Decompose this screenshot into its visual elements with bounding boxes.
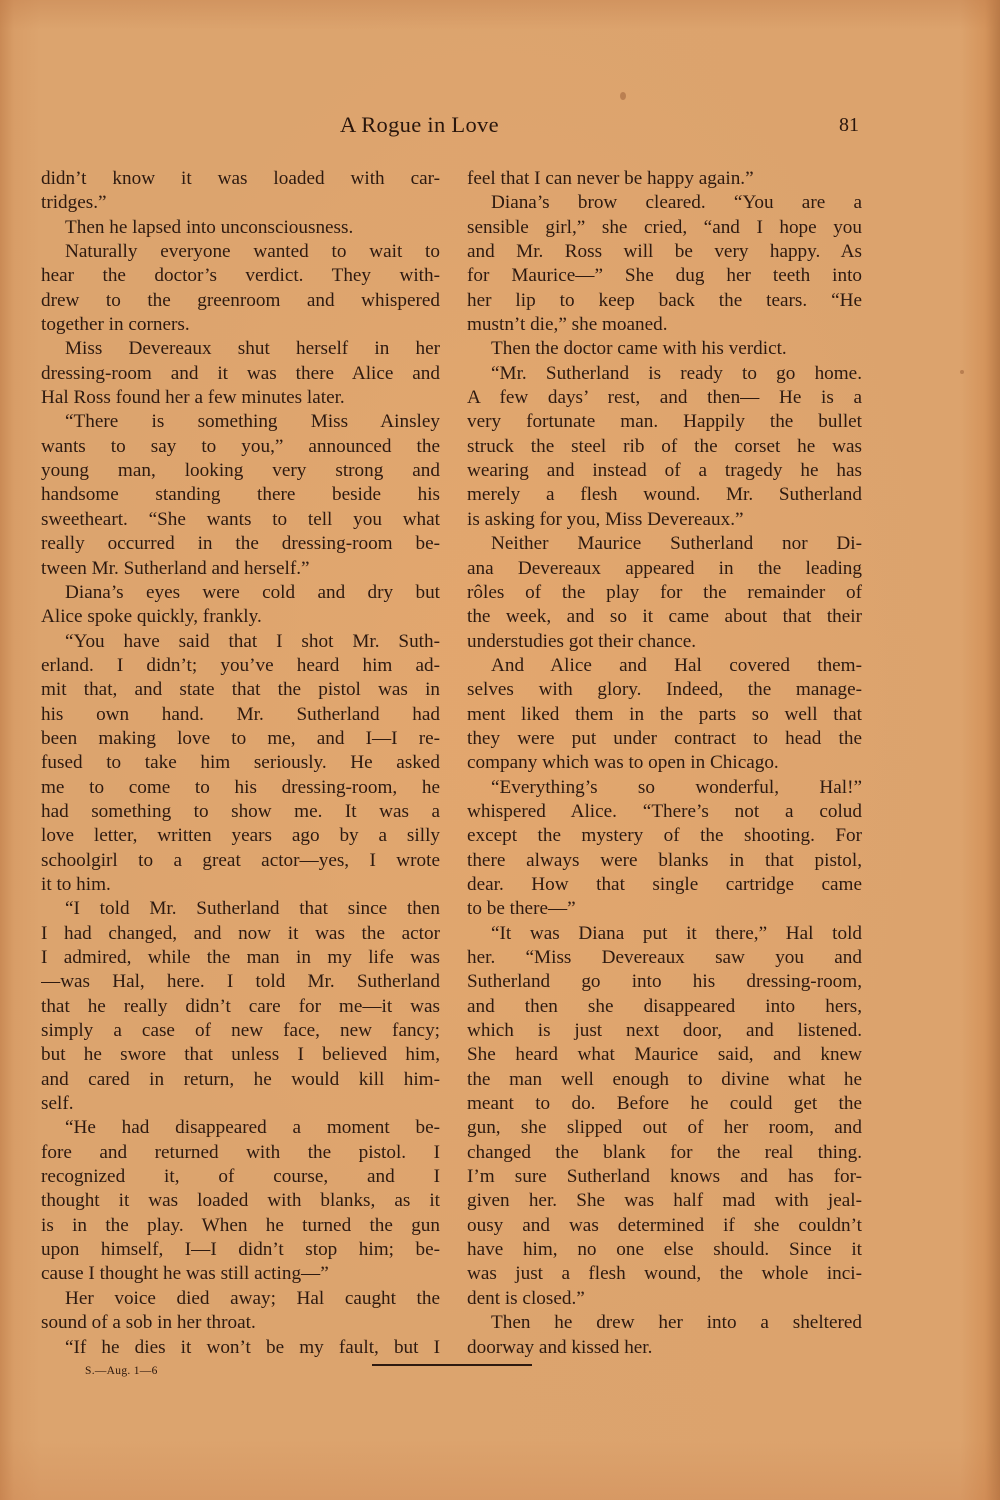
text-line: I had changed, and now it was the actor [41,922,440,946]
text-line: “If he dies it won’t be my fault, but I [41,1336,440,1360]
text-line: fused to take him seriously. He asked [41,751,440,775]
text-line: was just a flesh wound, the whole inci- [467,1262,862,1286]
end-of-story-rule [372,1364,532,1366]
text-line: drew to the greenroom and whispered [41,289,440,313]
right-text-column: feel that I can never be happy again.”Di… [467,167,862,1360]
text-line: which is just next door, and listened. [467,1019,862,1043]
text-line: I’m sure Sutherland knows and has for- [467,1165,862,1189]
text-line: hear the doctor’s verdict. They with- [41,264,440,288]
text-line: sweetheart. “She wants to tell you what [41,508,440,532]
book-page: A Rogue in Love 81 didn’t know it was lo… [0,0,1000,1500]
text-line: self. [41,1092,440,1116]
text-line: gun, she slipped out of her room, and [467,1116,862,1140]
text-line: Sutherland go into his dressing-room, [467,970,862,994]
text-line: there always were blanks in that pistol, [467,849,862,873]
text-line: meant to do. Before he could get the [467,1092,862,1116]
text-line: ment liked them in the parts so well tha… [467,703,862,727]
paper-blemish [960,370,964,374]
text-line: A few days’ rest, and then— He is a [467,386,862,410]
text-line: and then she disappeared into hers, [467,995,862,1019]
text-line: Then he drew her into a sheltered [467,1311,862,1335]
text-line: his own hand. Mr. Sutherland had [41,703,440,727]
text-line: ousy and was determined if she couldn’t [467,1214,862,1238]
text-line: her lip to keep back the tears. “He [467,289,862,313]
text-line: Diana’s brow cleared. “You are a [467,191,862,215]
text-line: mustn’t die,” she moaned. [467,313,862,337]
text-line: is in the play. When he turned the gun [41,1214,440,1238]
text-line: wearing and instead of a tragedy he has [467,459,862,483]
text-line: cause I thought he was still acting—” [41,1262,440,1286]
text-line: upon himself, I—I didn’t stop him; be- [41,1238,440,1262]
text-line: erland. I didn’t; you’ve heard him ad- [41,654,440,678]
text-line: me to come to his dressing-room, he [41,776,440,800]
text-line: didn’t know it was loaded with car- [41,167,440,191]
text-line: “I told Mr. Sutherland that since then [41,897,440,921]
text-line: dent is closed.” [467,1287,862,1311]
running-title: A Rogue in Love [340,112,499,138]
text-line: that he really didn’t care for me—it was [41,995,440,1019]
text-line: handsome standing there beside his [41,483,440,507]
text-line: doorway and kissed her. [467,1336,862,1360]
text-line: young man, looking very strong and [41,459,440,483]
text-line: very fortunate man. Happily the bullet [467,410,862,434]
text-line: Her voice died away; Hal caught the [41,1287,440,1311]
text-line: sensible girl,” she cried, “and I hope y… [467,216,862,240]
text-line: Miss Devereaux shut herself in her [41,337,440,361]
text-line: thought it was loaded with blanks, as it [41,1189,440,1213]
text-line: Neither Maurice Sutherland nor Di- [467,532,862,556]
text-line: “You have said that I shot Mr. Suth- [41,630,440,654]
text-line: dear. How that single cartridge came [467,873,862,897]
text-line: Alice spoke quickly, frankly. [41,605,440,629]
text-line: tridges.” [41,191,440,215]
text-line: it to him. [41,873,440,897]
text-line: the week, and so it came about that thei… [467,605,862,629]
text-line: understudies got their chance. [467,630,862,654]
text-line: simply a case of new face, new fancy; [41,1019,440,1043]
text-line: Then the doctor came with his verdict. [467,337,862,361]
paper-blemish [620,92,626,100]
text-line: except the mystery of the shooting. For [467,824,862,848]
text-line: Naturally everyone wanted to wait to [41,240,440,264]
text-line: struck the steel rib of the corset he wa… [467,435,862,459]
text-line: they were put under contract to head the [467,727,862,751]
text-line: recognized it, of course, and I [41,1165,440,1189]
signature-mark: S.—Aug. 1—6 [85,1365,158,1377]
text-line: selves with glory. Indeed, the manage- [467,678,862,702]
text-line: but he swore that unless I believed him, [41,1043,440,1067]
page-number: 81 [839,114,859,137]
text-line: mit that, and state that the pistol was … [41,678,440,702]
text-line: given her. She was half mad with jeal- [467,1189,862,1213]
text-line: her. “Miss Devereaux saw you and [467,946,862,970]
left-text-column: didn’t know it was loaded with car-tridg… [41,167,440,1360]
text-line: changed the blank for the real thing. [467,1141,862,1165]
text-line: Hal Ross found her a few minutes later. [41,386,440,410]
text-line: and cared in return, he would kill him- [41,1068,440,1092]
text-line: sound of a sob in her throat. [41,1311,440,1335]
text-line: She heard what Maurice said, and knew [467,1043,862,1067]
text-line: “There is something Miss Ainsley [41,410,440,434]
text-line: I admired, while the man in my life was [41,946,440,970]
text-line: Then he lapsed into unconsciousness. [41,216,440,240]
text-line: had something to show me. It was a [41,800,440,824]
text-line: “Mr. Sutherland is ready to go home. [467,362,862,386]
text-line: merely a flesh wound. Mr. Sutherland [467,483,862,507]
text-line: dressing-room and it was there Alice and [41,362,440,386]
text-line: —was Hal, here. I told Mr. Sutherland [41,970,440,994]
text-line: have him, no one else should. Since it [467,1238,862,1262]
text-line: “It was Diana put it there,” Hal told [467,922,862,946]
text-line: to be there—” [467,897,862,921]
text-line: And Alice and Hal covered them- [467,654,862,678]
text-line: tween Mr. Sutherland and herself.” [41,557,440,581]
text-line: the man well enough to divine what he [467,1068,862,1092]
text-line: really occurred in the dressing-room be- [41,532,440,556]
text-line: “He had disappeared a moment be- [41,1116,440,1140]
text-line: whispered Alice. “There’s not a colud [467,800,862,824]
text-line: ana Devereaux appeared in the leading [467,557,862,581]
text-line: been making love to me, and I—I re- [41,727,440,751]
text-line: love letter, written years ago by a sill… [41,824,440,848]
text-line: schoolgirl to a great actor—yes, I wrote [41,849,440,873]
text-line: and Mr. Ross will be very happy. As [467,240,862,264]
text-line: feel that I can never be happy again.” [467,167,862,191]
text-line: is asking for you, Miss Devereaux.” [467,508,862,532]
text-line: company which was to open in Chicago. [467,751,862,775]
text-line: together in corners. [41,313,440,337]
text-line: wants to say to you,” announced the [41,435,440,459]
text-line: Diana’s eyes were cold and dry but [41,581,440,605]
text-line: rôles of the play for the remainder of [467,581,862,605]
text-line: “Everything’s so wonderful, Hal!” [467,776,862,800]
text-line: for Maurice—” She dug her teeth into [467,264,862,288]
text-line: fore and returned with the pistol. I [41,1141,440,1165]
